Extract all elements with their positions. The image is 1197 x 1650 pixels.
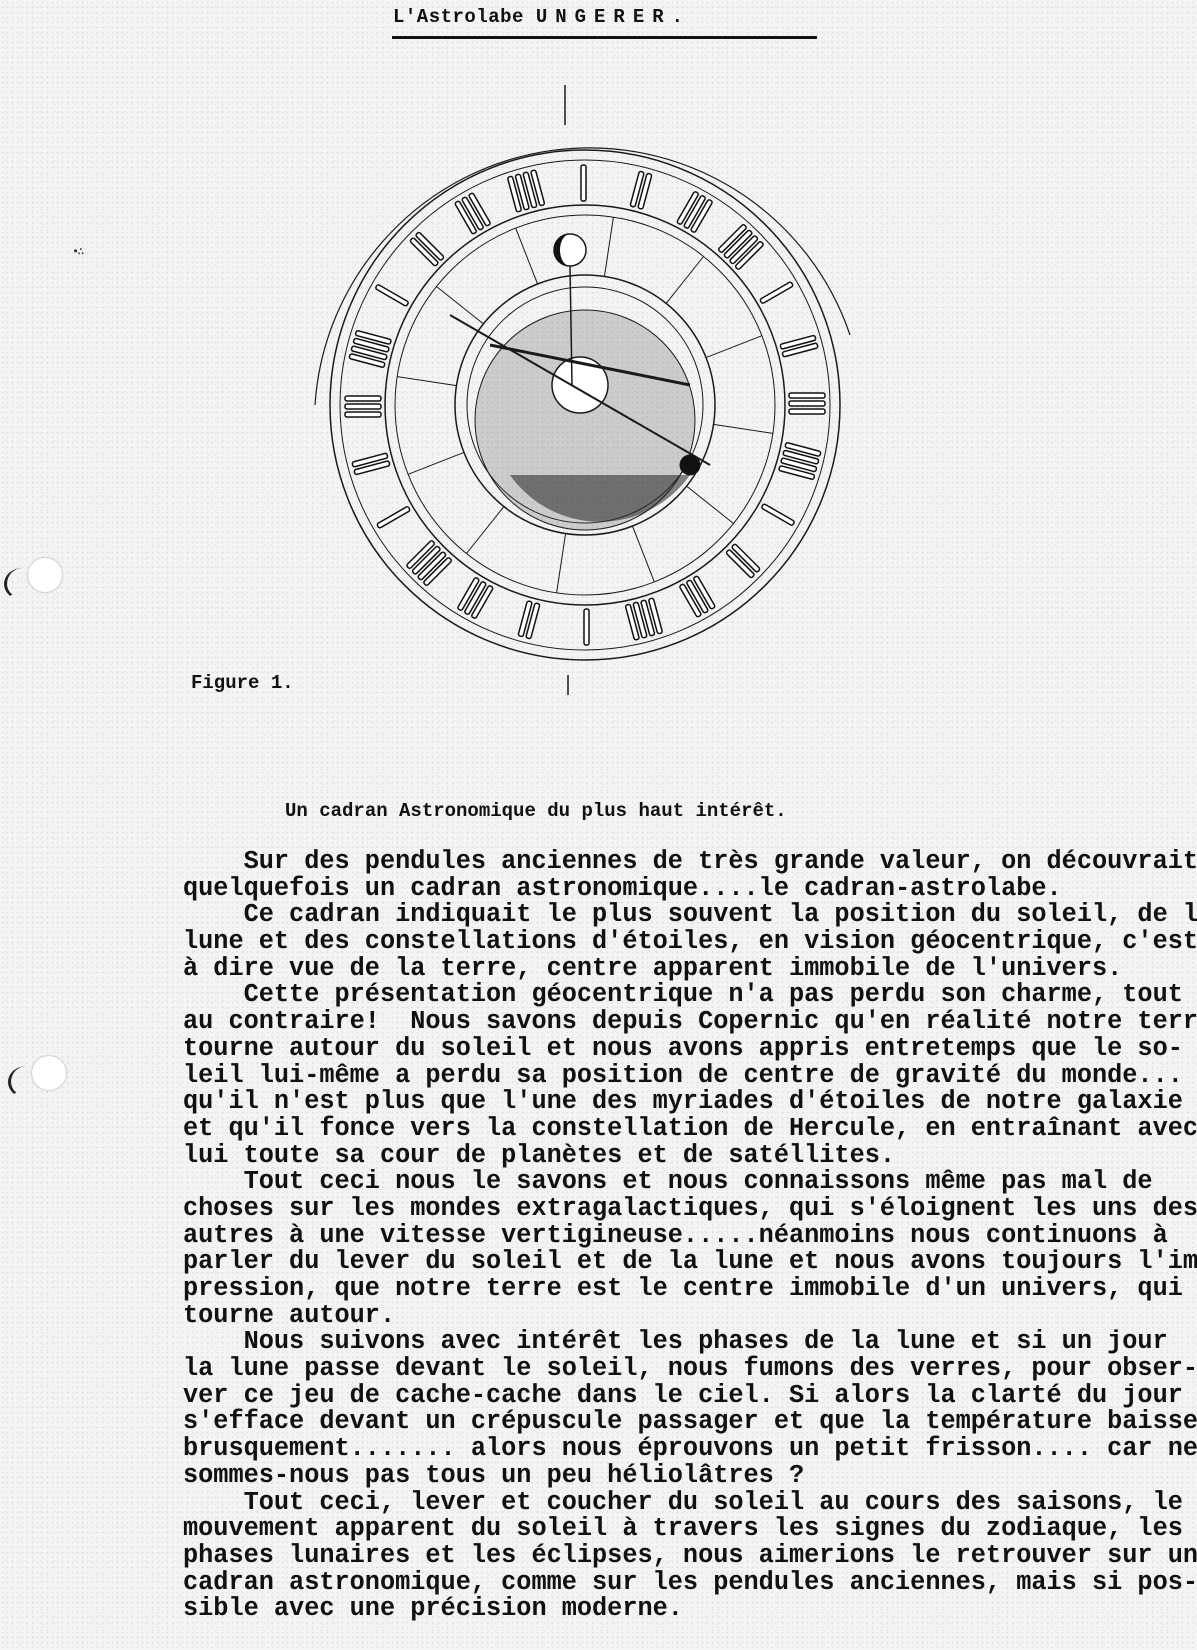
title-prefix: L'Astrolabe	[393, 6, 536, 28]
body-line: à dire vue de la terre, centre apparent …	[183, 955, 1153, 982]
section-heading: Un cadran Astronomique du plus haut inté…	[285, 800, 787, 822]
body-line: autres à une vitesse vertigineuse.....né…	[183, 1222, 1153, 1249]
body-line: choses sur les mondes extragalactiques, …	[183, 1195, 1153, 1222]
body-line: Sur des pendules anciennes de très grand…	[183, 848, 1153, 875]
figure-caption: Figure 1.	[191, 672, 294, 694]
body-line: phases lunaires et les éclipses, nous ai…	[183, 1542, 1153, 1569]
body-line: Ce cadran indiquait le plus souvent la p…	[183, 901, 1153, 928]
body-line: brusquement....... alors nous éprouvons …	[183, 1435, 1153, 1462]
body-line: mouvement apparent du soleil à travers l…	[183, 1515, 1153, 1542]
body-line: au contraire! Nous savons depuis Coperni…	[183, 1008, 1153, 1035]
sun-star	[680, 455, 700, 475]
punch-hole-shadow	[8, 1066, 45, 1098]
body-line: tourne autour du soleil et nous avons ap…	[183, 1035, 1153, 1062]
ink-smudge: •∴	[72, 244, 82, 259]
body-line: lui toute sa cour de planètes et de saté…	[183, 1142, 1153, 1169]
body-line: ver ce jeu de cache-cache dans le ciel. …	[183, 1382, 1153, 1409]
title-underline	[392, 36, 817, 39]
body-line: s'efface devant un crépuscule passager e…	[183, 1408, 1153, 1435]
body-line: pression, que notre terre est le centre …	[183, 1275, 1153, 1302]
body-line: Tout ceci, lever et coucher du soleil au…	[183, 1489, 1153, 1516]
body-line: parler du lever du soleil et de la lune …	[183, 1248, 1153, 1275]
astrolabe-figure	[310, 85, 870, 705]
page-title: L'Astrolabe UNGERER.	[393, 6, 691, 28]
body-line: Cette présentation géocentrique n'a pas …	[183, 981, 1153, 1008]
body-line: sommes-nous pas tous un peu héliolâtres …	[183, 1462, 1153, 1489]
title-name: UNGERER.	[536, 6, 691, 28]
punch-hole-top	[28, 558, 62, 592]
body-line: quelquefois un cadran astronomique....le…	[183, 875, 1153, 902]
body-line: Tout ceci nous le savons et nous connais…	[183, 1168, 1153, 1195]
body-line: lune et des constellations d'étoiles, en…	[183, 928, 1153, 955]
body-line: et qu'il fonce vers la constellation de …	[183, 1115, 1153, 1142]
body-line: qu'il n'est plus que l'une des myriades …	[183, 1088, 1153, 1115]
body-line: Nous suivons avec intérêt les phases de …	[183, 1328, 1153, 1355]
body-line: leil lui-même a perdu sa position de cen…	[183, 1062, 1153, 1089]
body-line: la lune passe devant le soleil, nous fum…	[183, 1355, 1153, 1382]
body-line: tourne autour.	[183, 1302, 1153, 1329]
punch-hole-shadow	[4, 568, 41, 600]
body-line: sible avec une précision moderne.	[183, 1595, 1153, 1622]
body-line: cadran astronomique, comme sur les pendu…	[183, 1569, 1153, 1596]
punch-hole-bottom	[32, 1056, 66, 1090]
body-text: Sur des pendules anciennes de très grand…	[183, 848, 1153, 1622]
